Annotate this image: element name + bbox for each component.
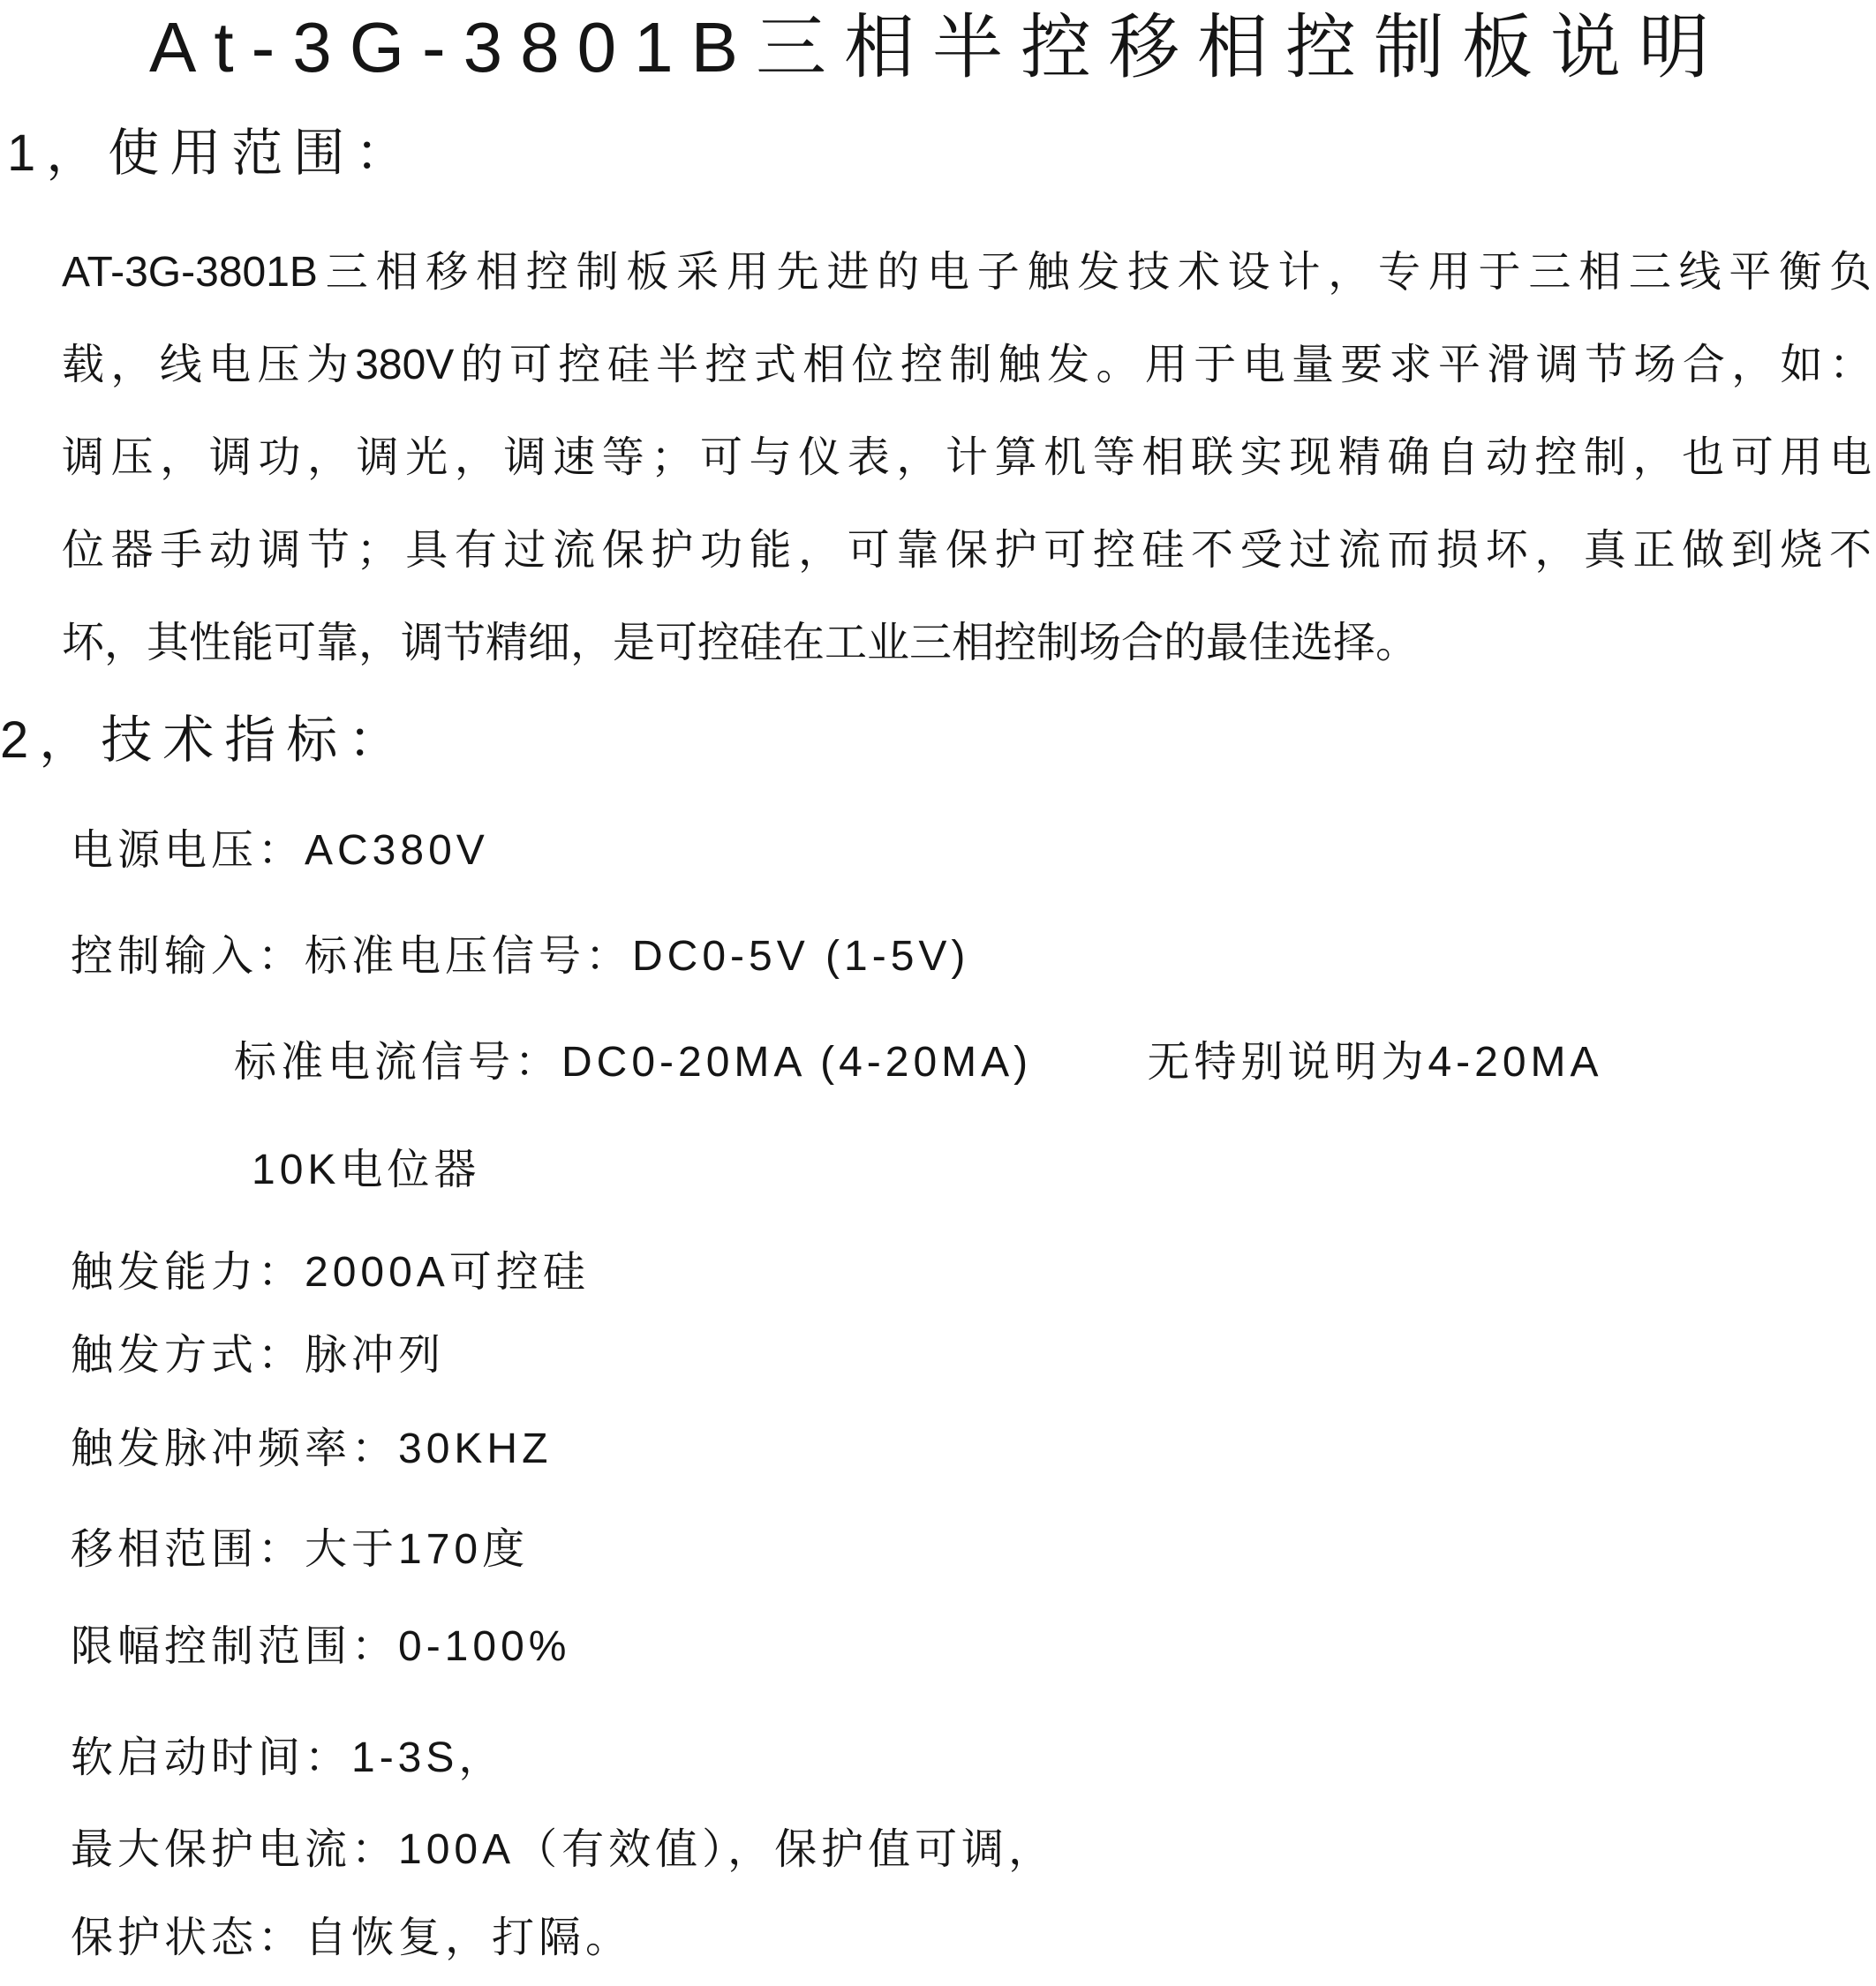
spec-list: 电源电压：AC380V 控制输入：标准电压信号：DC0-5V (1-5V) 标准…: [0, 825, 1876, 1964]
spec-line-protection-state: 保护状态：自恢复，打隔。: [71, 1913, 1876, 1964]
spec-line-current-signal: 标准电流信号：DC0-20MA (4-20MA): [234, 1039, 1032, 1086]
spec-line-current-note: 无特别说明为4-20MA: [1147, 1039, 1602, 1086]
section-2-heading: 2，技术指标：: [0, 691, 1876, 790]
spec-line-supply-voltage: 电源电压：AC380V: [71, 825, 1876, 876]
document-title: At-3G-3801B三相半控移相控制板说明: [0, 4, 1876, 92]
paragraph-line: 位器手动调节；具有过流保护功能，可靠保护可控硅不受过流而损坏，真正做到烧不: [62, 504, 1872, 597]
spec-line-pulse-frequency: 触发脉冲频率：30KHZ: [71, 1424, 1876, 1475]
spec-line-trigger-mode: 触发方式：脉冲列: [71, 1330, 1876, 1381]
spec-line-potentiometer: 10K电位器: [252, 1145, 1876, 1196]
spec-line-max-protection-current: 最大保护电流：100A（有效值），保护值可调，: [71, 1824, 1876, 1876]
paragraph-line: 调压，调功，调光，调速等；可与仪表，计算机等相联实现精确自动控制，也可用电: [62, 411, 1872, 504]
spec-line-control-input-current: 标准电流信号：DC0-20MA (4-20MA) 无特别说明为4-20MA: [234, 1037, 1876, 1088]
spec-line-soft-start-time: 软启动时间：1-3S，: [71, 1733, 1876, 1784]
spec-line-limit-control-range: 限幅控制范围：0-100%: [71, 1621, 1876, 1673]
spec-line-control-input-voltage: 控制输入：标准电压信号：DC0-5V (1-5V): [71, 931, 1876, 982]
spec-line-phase-shift-range: 移相范围：大于170度: [71, 1524, 1876, 1576]
spec-line-trigger-capacity: 触发能力：2000A可控硅: [71, 1247, 1876, 1298]
section-1-heading: 1，使用范围：: [7, 104, 1876, 203]
usage-paragraph: AT-3G-3801B三相移相控制板采用先进的电子触发技术设计，专用于三相三线平…: [62, 226, 1872, 689]
paragraph-line: 载，线电压为380V的可控硅半控式相位控制触发。用于电量要求平滑调节场合，如：: [62, 319, 1872, 411]
document-page: At-3G-3801B三相半控移相控制板说明 1，使用范围： AT-3G-380…: [0, 4, 1876, 1986]
paragraph-line: 坏，其性能可靠，调节精细，是可控硅在工业三相控制场合的最佳选择。: [62, 597, 1872, 689]
paragraph-line: AT-3G-3801B三相移相控制板采用先进的电子触发技术设计，专用于三相三线平…: [62, 226, 1872, 319]
